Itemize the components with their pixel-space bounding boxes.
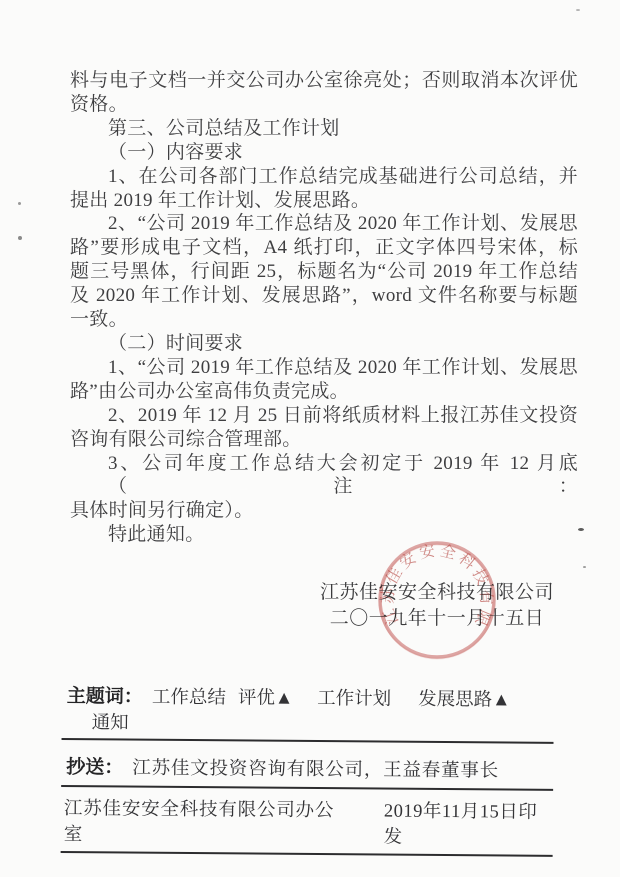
body-line: 料与电子文档一并交公司办公室徐亮处；否则取消本次评优 bbox=[70, 69, 578, 93]
issuer-print-date: 2019年11月15日印发 bbox=[384, 797, 553, 850]
signature-company: 江苏佳安安全科技有限公司 bbox=[318, 580, 556, 606]
body-line: 3、公司年度工作总结大会初定于 2019 年 12 月底（注： bbox=[70, 452, 578, 500]
body-line: 1、“公司 2019 年工作总结及 2020 年工作计划、发展思 bbox=[70, 356, 578, 380]
keyword-item: 工作计划 bbox=[317, 684, 391, 711]
signature-block: 江苏佳安安全科技有限公司 二〇一九年十一月十五日 bbox=[318, 580, 556, 631]
keywords-row: 主题词：工作总结评优▲工作计划发展思路▲通知 bbox=[62, 678, 554, 744]
cc-row: 抄送：江苏佳文投资咨询有限公司，王益春董事长 bbox=[61, 740, 553, 791]
issuer-office: 江苏佳安安全科技有限公司办公室 bbox=[64, 794, 348, 848]
body-line: 2、2019 年 12 月 25 日前将纸质材料上报江苏佳文投资 bbox=[70, 404, 578, 428]
section-heading: 第三、公司总结及工作计划 bbox=[70, 117, 578, 141]
subsection-heading: （二）时间要求 bbox=[70, 332, 578, 356]
cc-label: 抄送： bbox=[66, 757, 123, 778]
issuer-row: 江苏佳安安全科技有限公司办公室2019年11月15日印发 bbox=[61, 787, 554, 857]
document-body: 料与电子文档一并交公司办公室徐亮处；否则取消本次评优 资格。 第三、公司总结及工… bbox=[70, 69, 578, 547]
body-line: 2、“公司 2019 年工作总结及 2020 年工作计划、发展思 bbox=[70, 212, 578, 236]
keyword-item: 通知 bbox=[92, 708, 129, 734]
body-line: 路”要形成电子文档，A4 纸打印，正文字体四号宋体，标 bbox=[70, 236, 578, 260]
scanned-notice-page: 料与电子文档一并交公司办公室徐亮处；否则取消本次评优 资格。 第三、公司总结及工… bbox=[0, 0, 620, 877]
subsection-heading: （一）内容要求 bbox=[70, 141, 578, 165]
body-line: 一致。 bbox=[70, 308, 578, 332]
body-line: 1、在公司各部门工作总结完成基础进行公司总结，并 bbox=[70, 165, 578, 189]
scan-speck bbox=[576, 9, 580, 11]
keywords-label: 主题词： bbox=[67, 686, 143, 708]
body-line: 具体时间另行确定）。 bbox=[70, 499, 578, 523]
cc-value: 江苏佳文投资咨询有限公司，王益春董事长 bbox=[132, 759, 499, 782]
scan-speck bbox=[18, 202, 21, 205]
closing-line: 特此通知。 bbox=[70, 523, 578, 547]
body-line: 咨询有限公司综合管理部。 bbox=[70, 428, 578, 452]
footer-table: 主题词：工作总结评优▲工作计划发展思路▲通知 抄送：江苏佳文投资咨询有限公司，王… bbox=[61, 678, 554, 857]
scan-speck bbox=[18, 236, 22, 240]
signature-date: 二〇一九年十一月十五日 bbox=[318, 606, 556, 632]
body-line: 题三号黑体，行间距 25，标题名为“公司 2019 年工作总结 bbox=[70, 260, 578, 284]
scan-speck bbox=[583, 566, 586, 568]
keyword-item: 发展思路▲ bbox=[418, 685, 511, 712]
body-line: 资格。 bbox=[70, 93, 578, 117]
keyword-item: 工作总结 bbox=[152, 683, 226, 710]
body-line: 及 2020 年工作计划、发展思路”，word 文件名称要与标题 bbox=[70, 284, 578, 308]
body-line: 提出 2019 年工作计划、发展思路。 bbox=[70, 189, 578, 213]
scan-speck bbox=[578, 528, 584, 531]
body-line: 路”由公司办公室高伟负责完成。 bbox=[70, 380, 578, 404]
keyword-item: 评优▲ bbox=[238, 683, 294, 709]
